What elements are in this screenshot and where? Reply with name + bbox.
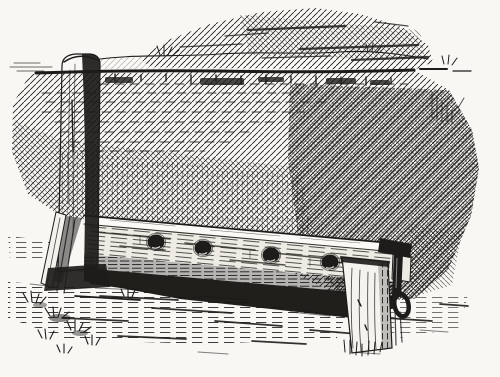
post-base-shadow bbox=[44, 264, 110, 291]
stocks-engraving-svg bbox=[0, 0, 500, 377]
leg-hole-3 bbox=[261, 246, 280, 263]
engraving-illustration bbox=[0, 0, 500, 377]
leg-hole-4 bbox=[320, 253, 339, 270]
leg-hole-2 bbox=[193, 239, 212, 256]
leg-hole-1 bbox=[146, 233, 165, 250]
